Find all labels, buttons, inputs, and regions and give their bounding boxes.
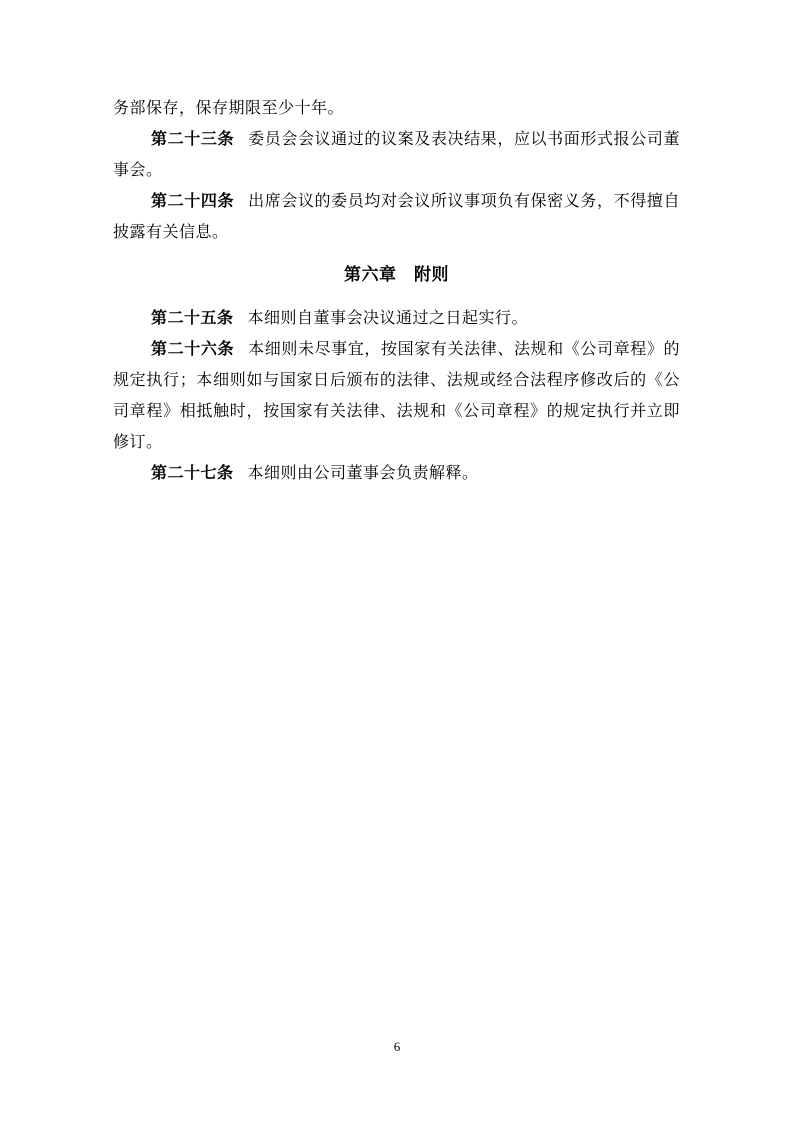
article-paragraph-23: 第二十三条委员会会议通过的议案及表决结果，应以书面形式报公司董事会。	[113, 124, 680, 186]
continuation-paragraph: 务部保存，保存期限至少十年。	[113, 93, 680, 124]
article-paragraph-24: 第二十四条出席会议的委员均对会议所议事项负有保密义务，不得擅自披露有关信息。	[113, 186, 680, 248]
page-number: 6	[0, 1038, 794, 1056]
article-label: 第二十六条	[151, 341, 234, 358]
page-content: 务部保存，保存期限至少十年。 第二十三条委员会会议通过的议案及表决结果，应以书面…	[113, 93, 680, 489]
article-paragraph-25: 第二十五条本细则自董事会决议通过之日起实行。	[113, 303, 680, 334]
article-paragraph-27: 第二十七条本细则由公司董事会负责解释。	[113, 458, 680, 489]
document-page: 务部保存，保存期限至少十年。 第二十三条委员会会议通过的议案及表决结果，应以书面…	[0, 0, 794, 1122]
chapter-heading: 第六章 附则	[113, 259, 680, 290]
article-label: 第二十五条	[151, 310, 234, 327]
article-paragraph-26: 第二十六条本细则未尽事宜，按国家有关法律、法规和《公司章程》的规定执行；本细则如…	[113, 334, 680, 458]
article-label: 第二十三条	[151, 131, 234, 148]
article-text: 本细则自董事会决议通过之日起实行。	[248, 310, 529, 327]
article-label: 第二十四条	[151, 193, 234, 210]
article-label: 第二十七条	[151, 465, 234, 482]
article-text: 本细则由公司董事会负责解释。	[248, 465, 479, 482]
